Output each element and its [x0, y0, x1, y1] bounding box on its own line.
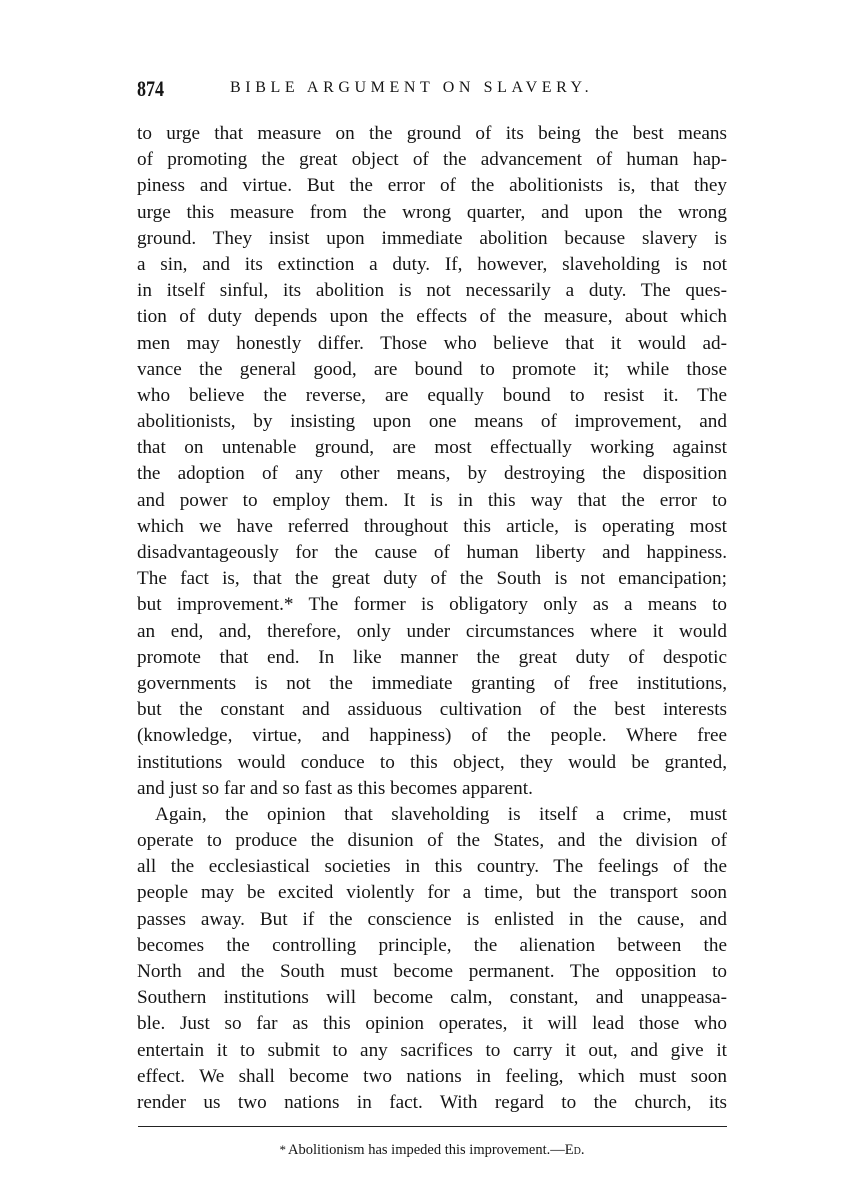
footnote-asterisk: *	[280, 1142, 287, 1157]
text-line: entertain it to submit to any sacrifices…	[137, 1038, 727, 1064]
text-line: piness and virtue. But the error of the …	[137, 173, 727, 199]
footnote-text: Abolitionism has impeded this improvemen…	[288, 1142, 550, 1158]
text-line: Southern institutions will become calm, …	[137, 985, 727, 1011]
text-line: promote that end. In like manner the gre…	[137, 645, 727, 671]
text-line: but improvement.* The former is obligato…	[137, 592, 727, 618]
text-line: vance the general good, are bound to pro…	[137, 357, 727, 383]
text-line: which we have referred throughout this a…	[137, 514, 727, 540]
text-line: people may be excited violently for a ti…	[137, 880, 727, 906]
book-page: 874 BIBLE ARGUMENT ON SLAVERY. to urge t…	[0, 0, 857, 1200]
text-line: operate to produce the disunion of the S…	[137, 828, 727, 854]
text-line: ground. They insist upon immediate aboli…	[137, 226, 727, 252]
text-line: passes away. But if the conscience is en…	[137, 907, 727, 933]
text-line: and power to employ them. It is in this …	[137, 488, 727, 514]
text-line: of promoting the great object of the adv…	[137, 147, 727, 173]
body-text: to urge that measure on the ground of it…	[137, 121, 727, 1116]
text-line: to urge that measure on the ground of it…	[137, 121, 727, 147]
text-line: effect. We shall become two nations in f…	[137, 1064, 727, 1090]
text-line: render us two nations in fact. With rega…	[137, 1090, 727, 1116]
running-title: BIBLE ARGUMENT ON SLAVERY.	[230, 79, 593, 97]
text-line: governments is not the immediate grantin…	[137, 671, 727, 697]
text-line: disadvantageously for the cause of human…	[137, 540, 727, 566]
text-line: in itself sinful, its abolition is not n…	[137, 278, 727, 304]
paragraph-start-line: Again, the opinion that slaveholding is …	[137, 802, 727, 828]
page-number: 874	[137, 76, 164, 102]
text-line: but the constant and assiduous cultivati…	[137, 697, 727, 723]
footnote: *Abolitionism has impeded this improveme…	[137, 1140, 727, 1160]
text-line: an end, and, therefore, only under circu…	[137, 619, 727, 645]
paragraph-end-line: and just so far and so fast as this beco…	[137, 776, 727, 802]
text-line: ble. Just so far as this opinion operate…	[137, 1011, 727, 1037]
running-head: 874 BIBLE ARGUMENT ON SLAVERY.	[137, 74, 727, 104]
text-line: becomes the controlling principle, the a…	[137, 933, 727, 959]
text-line: institutions would conduce to this objec…	[137, 750, 727, 776]
text-line: (knowledge, virtue, and happiness) of th…	[137, 723, 727, 749]
text-line: all the ecclesiastical societies in this…	[137, 854, 727, 880]
text-line: The fact is, that the great duty of the …	[137, 566, 727, 592]
text-line: that on untenable ground, are most effec…	[137, 435, 727, 461]
footnote-divider	[138, 1126, 727, 1127]
text-line: men may honestly differ. Those who belie…	[137, 331, 727, 357]
footnote-attribution: —Ed.	[550, 1142, 584, 1158]
text-line: who believe the reverse, are equally bou…	[137, 383, 727, 409]
text-line: the adoption of any other means, by dest…	[137, 461, 727, 487]
text-line: North and the South must become permanen…	[137, 959, 727, 985]
text-line: urge this measure from the wrong quarter…	[137, 200, 727, 226]
text-line: tion of duty depends upon the effects of…	[137, 304, 727, 330]
text-line: abolitionists, by insisting upon one mea…	[137, 409, 727, 435]
text-line: a sin, and its extinction a duty. If, ho…	[137, 252, 727, 278]
